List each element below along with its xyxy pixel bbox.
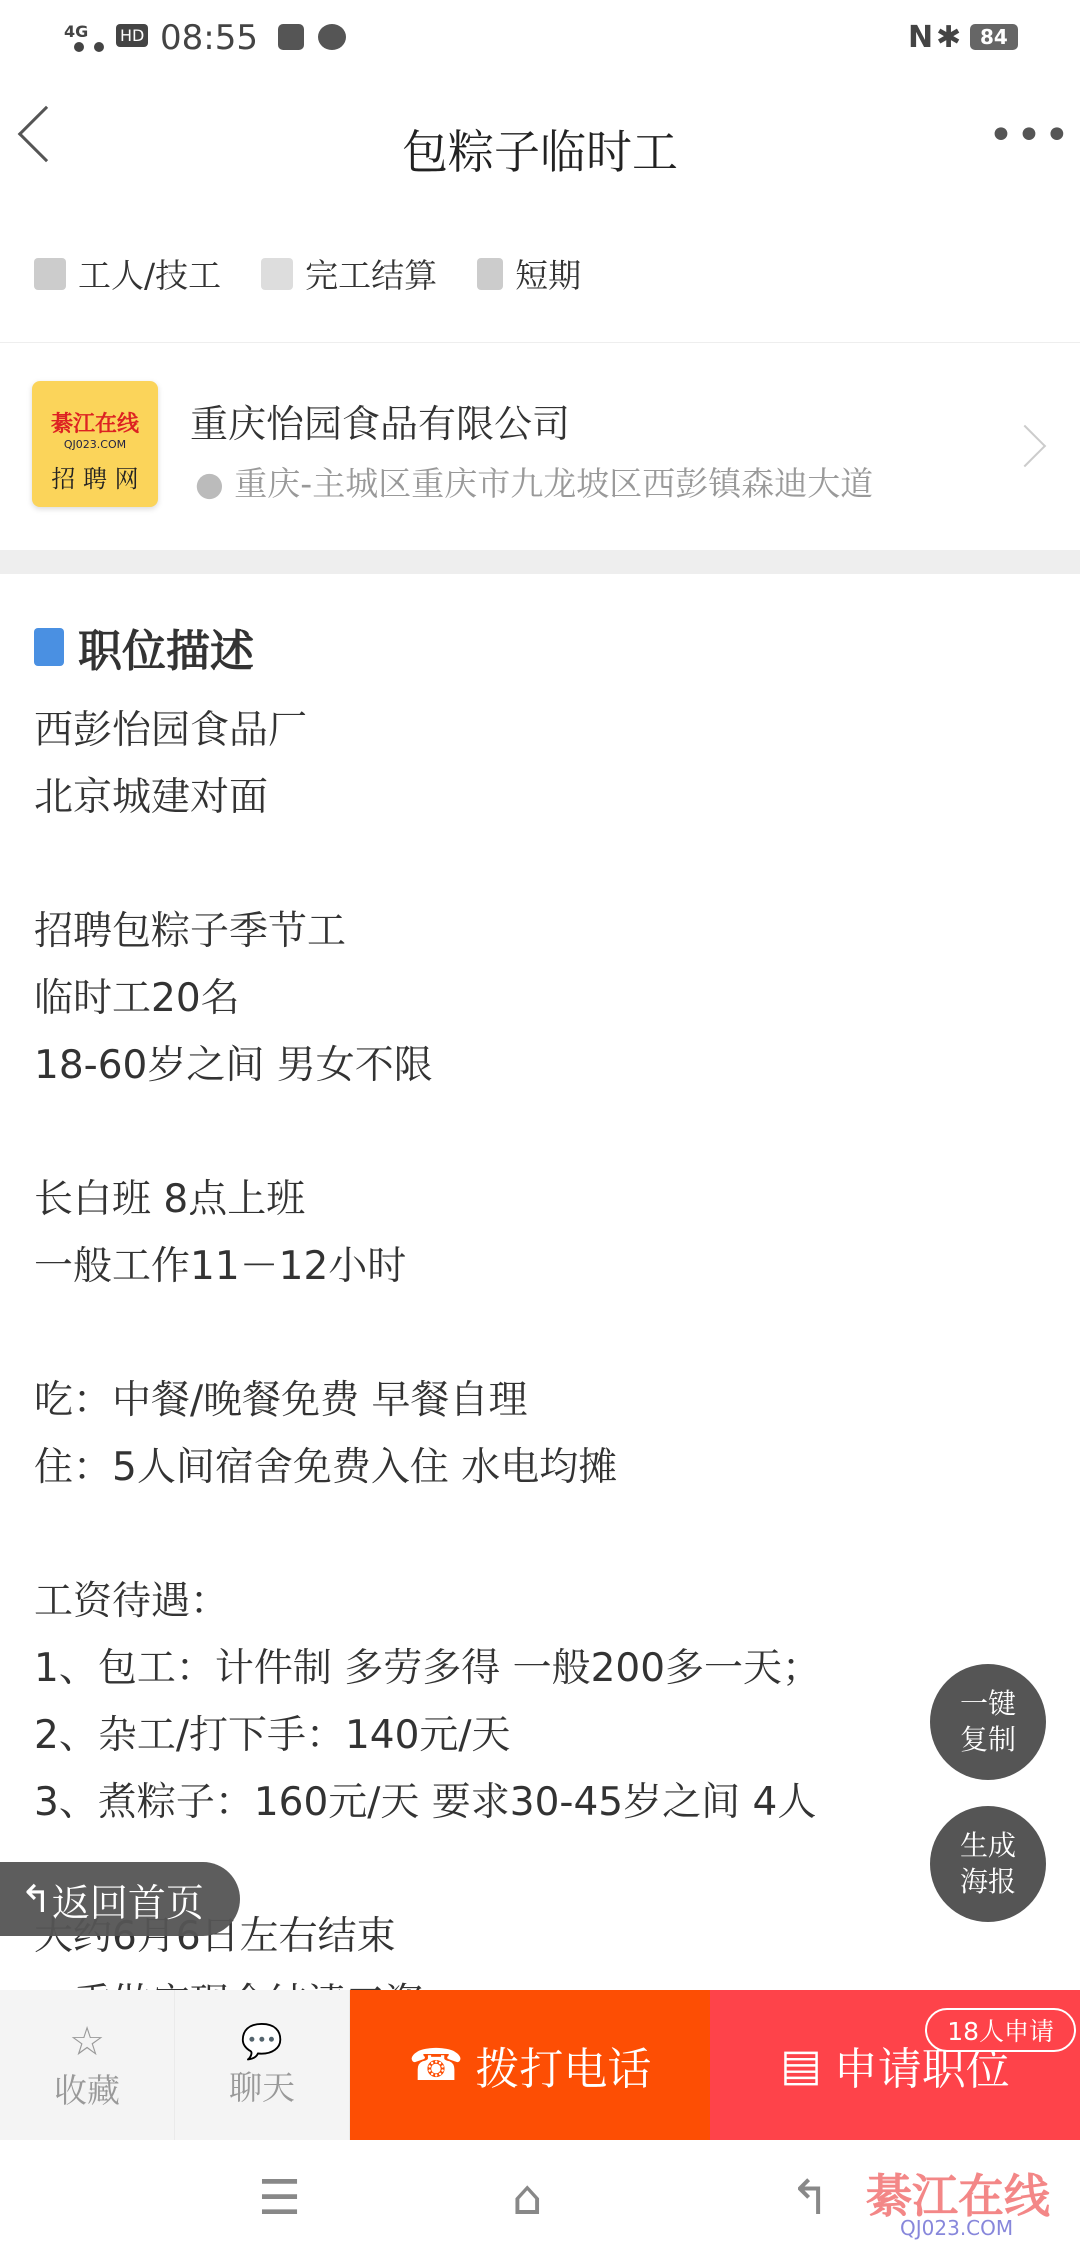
page-title: 包粽子临时工 (0, 116, 1080, 182)
company-card[interactable]: 綦江在线 QJ023.COM 招 聘 网 重庆怡园食品有限公司 ● 重庆-主城区… (0, 342, 1080, 550)
chevron-right-icon (1004, 425, 1046, 467)
desc-line: 北京城建对面 (34, 764, 1034, 831)
desc-line (34, 1300, 1034, 1367)
calendar-icon (261, 258, 293, 290)
screenshot-icon (278, 24, 304, 50)
applicant-count-badge: 18人申请 (925, 2008, 1076, 2052)
status-bar: 4G HD 08:55 N ✱ 84 (0, 0, 1080, 80)
tag-term: 短期 (477, 250, 581, 297)
home-icon[interactable]: ⌂ (512, 2170, 542, 2226)
desc-line (34, 1501, 1034, 1568)
company-name: 重庆怡园食品有限公司 (190, 393, 570, 448)
company-logo: 綦江在线 QJ023.COM 招 聘 网 (32, 381, 158, 507)
desc-line: 吃：中餐/晚餐免费 早餐自理 (34, 1367, 1034, 1434)
phone-icon: ☎ (409, 2040, 464, 2091)
location-pin-icon: ● (195, 464, 224, 503)
top-nav: 包粽子临时工 ••• (0, 80, 1080, 210)
desc-line: 招聘包粽子季节工 (34, 898, 1034, 965)
desc-line: 3、煮粽子：160元/天 要求30-45岁之间 4人 (34, 1769, 1034, 1836)
chat-button[interactable]: 💬聊天 (175, 1990, 350, 2140)
section-heading: 职位描述 (34, 615, 1034, 679)
chat-bubble-icon: 💬 (241, 2022, 283, 2062)
desc-line: 1、包工：计件制 多劳多得 一般200多一天； (34, 1635, 1034, 1702)
return-arrow-icon: ↰ (20, 1877, 52, 1921)
signal-bars-icon (74, 38, 104, 52)
favorite-button[interactable]: ☆收藏 (0, 1990, 175, 2140)
desc-line: 18-60岁之间 男女不限 (34, 1032, 1034, 1099)
apply-button[interactable]: ▤申请职位18人申请 (710, 1990, 1080, 2140)
generate-poster-button[interactable]: 生成 海报 (930, 1806, 1046, 1922)
wechat-icon (318, 24, 346, 50)
job-tags: 工人/技工 完工结算 短期 (34, 250, 581, 297)
call-button[interactable]: ☎拨打电话 (350, 1990, 710, 2140)
document-icon (34, 628, 64, 666)
desc-line: 西彭怡园食品厂 (34, 697, 1034, 764)
watermark-sub: QJ023.COM (900, 2216, 1013, 2240)
bluetooth-icon: ✱ (936, 20, 961, 55)
apply-form-icon: ▤ (780, 2040, 822, 2091)
copy-button[interactable]: 一键 复制 (930, 1664, 1046, 1780)
desc-line: 2、杂工/打下手：140元/天 (34, 1702, 1034, 1769)
desc-line: 临时工20名 (34, 965, 1034, 1032)
nfc-icon: N (908, 20, 933, 55)
desc-line: 工资待遇： (34, 1568, 1034, 1635)
desc-line: 长白班 8点上班 (34, 1166, 1034, 1233)
clock: 08:55 (160, 18, 258, 58)
section-divider (0, 550, 1080, 574)
more-dots-icon[interactable]: ••• (988, 110, 1072, 161)
back-home-button[interactable]: ↰返回首页 (0, 1862, 240, 1936)
briefcase-icon (34, 258, 66, 290)
job-description: 职位描述 西彭怡园食品厂 北京城建对面 招聘包粽子季节工 临时工20名 18-6… (34, 615, 1034, 2037)
battery-icon: 84 (970, 24, 1018, 50)
tag-settlement: 完工结算 (261, 250, 437, 297)
hd-icon: HD (116, 24, 148, 47)
menu-icon[interactable]: ☰ (258, 2170, 301, 2226)
wallet-icon (477, 258, 503, 290)
desc-line: 住：5人间宿舍免费入住 水电均摊 (34, 1434, 1034, 1501)
star-icon: ☆ (69, 2019, 105, 2065)
desc-line (34, 831, 1034, 898)
bottom-action-bar: ☆收藏 💬聊天 ☎拨打电话 ▤申请职位18人申请 (0, 1990, 1080, 2140)
company-address: ● 重庆-主城区重庆市九龙坡区西彭镇森迪大道 (195, 458, 873, 505)
desc-line (34, 1099, 1034, 1166)
back-icon[interactable]: ↰ (790, 2170, 830, 2226)
tag-category: 工人/技工 (34, 250, 221, 297)
system-nav-bar: ☰ ⌂ ↰ 綦江在线 QJ023.COM (0, 2140, 1080, 2256)
desc-line: 一般工作11－12小时 (34, 1233, 1034, 1300)
